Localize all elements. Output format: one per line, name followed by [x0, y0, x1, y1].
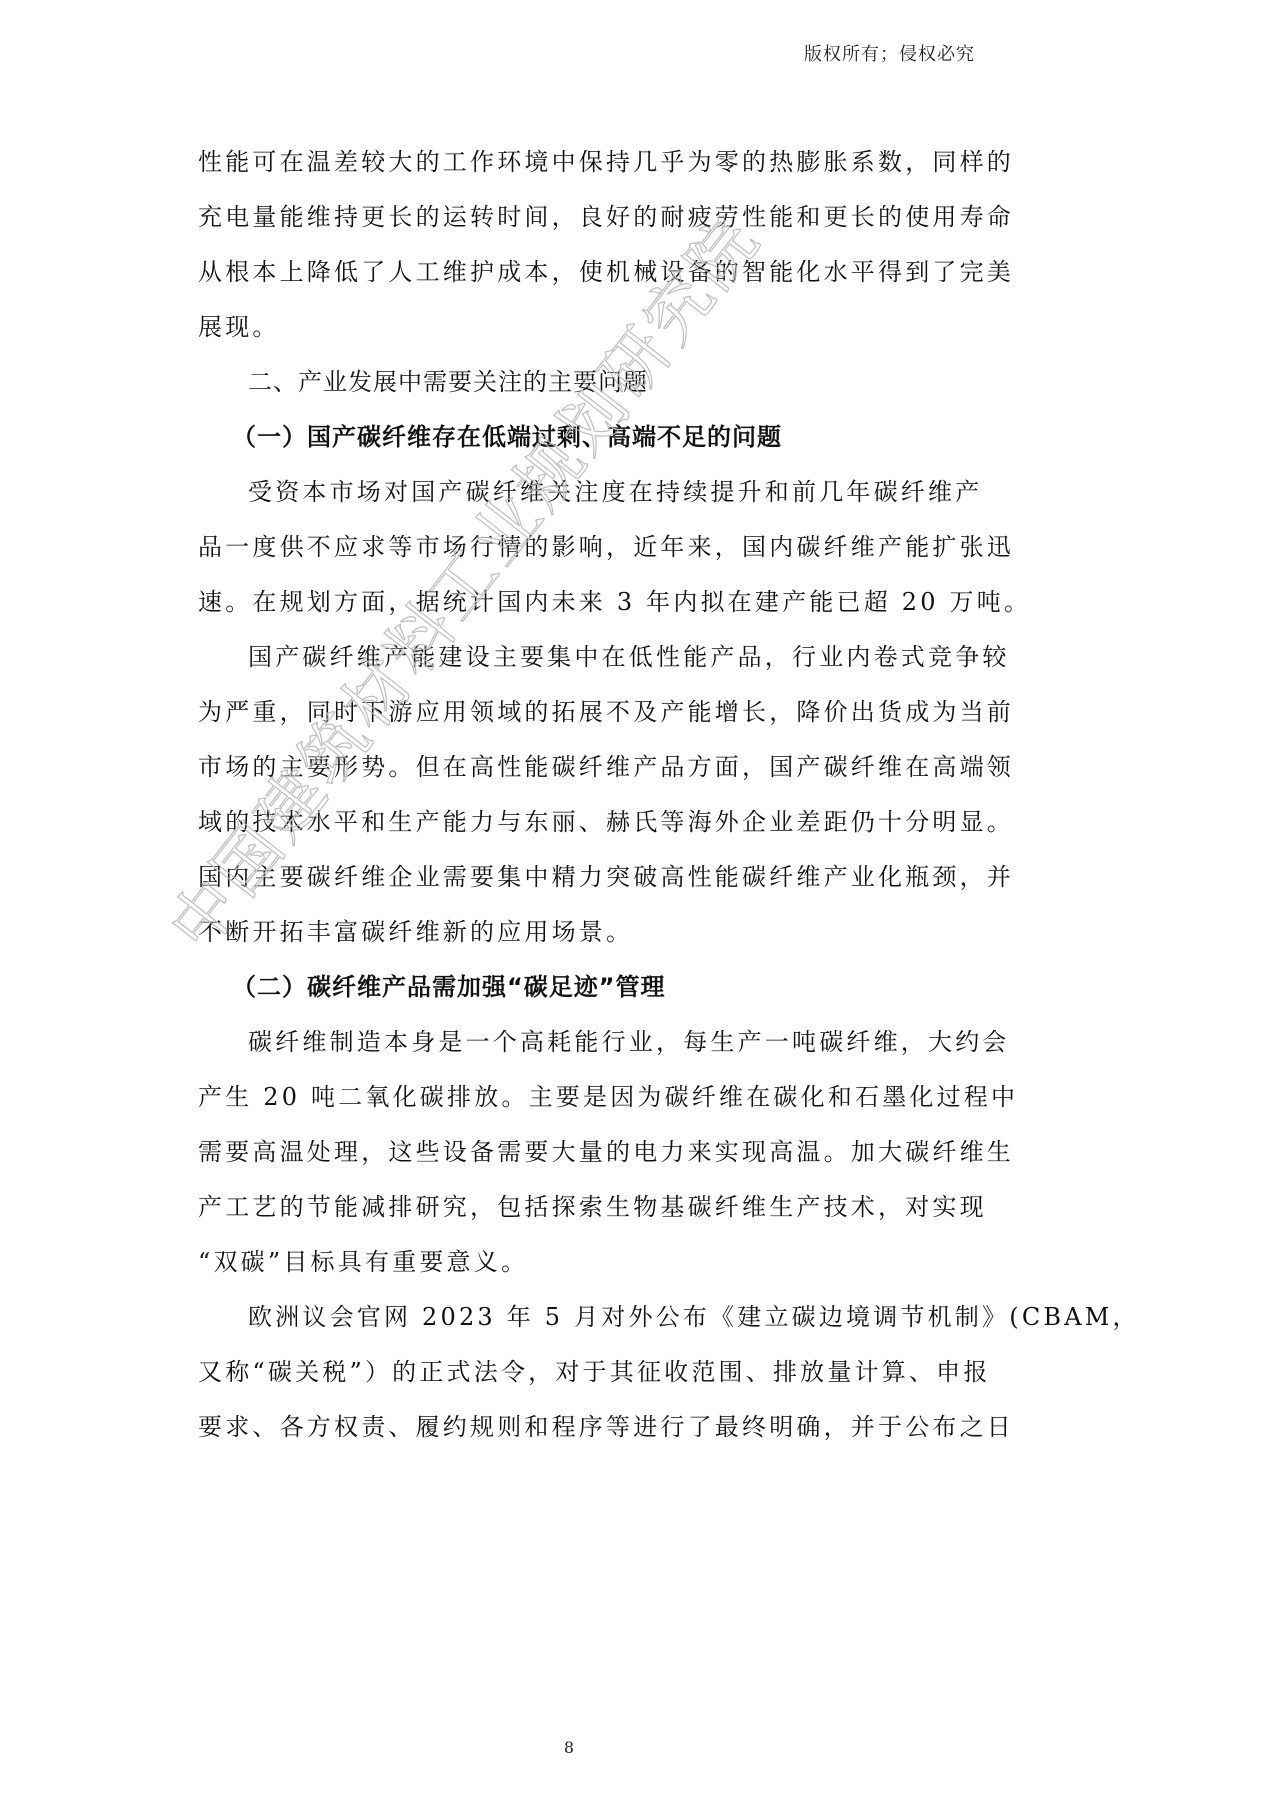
paragraph-line: 展现。: [198, 300, 940, 355]
paragraph-line: 国内主要碳纤维企业需要集中精力突破高性能碳纤维产业化瓶颈，并: [198, 850, 940, 905]
paragraph-line: 要求、各方权责、履约规则和程序等进行了最终明确，并于公布之日: [198, 1400, 940, 1455]
paragraph-line: 速。在规划方面，据统计国内未来 3 年内拟在建产能已超 20 万吨。: [198, 575, 940, 630]
paragraph-line: 从根本上降低了人工维护成本，使机械设备的智能化水平得到了完美: [198, 245, 940, 300]
paragraph-line: “双碳”目标具有重要意义。: [198, 1235, 940, 1290]
section-heading: 二、产业发展中需要关注的主要问题: [198, 355, 940, 410]
copyright-header: 版权所有；侵权必究: [804, 40, 975, 66]
paragraph-line: 域的技术水平和生产能力与东丽、赫氏等海外企业差距仍十分明显。: [198, 795, 940, 850]
paragraph-line: 性能可在温差较大的工作环境中保持几乎为零的热膨胀系数，同样的: [198, 135, 940, 190]
paragraph-line: 不断开拓丰富碳纤维新的应用场景。: [198, 905, 940, 960]
subsection-heading: （二）碳纤维产品需加强“碳足迹”管理: [198, 960, 940, 1015]
document-page: 版权所有；侵权必究 性能可在温差较大的工作环境中保持几乎为零的热膨胀系数，同样的…: [0, 0, 1280, 1810]
paragraph-line: 国产碳纤维产能建设主要集中在低性能产品，行业内卷式竞争较: [198, 630, 940, 685]
paragraph-line: 受资本市场对国产碳纤维关注度在持续提升和前几年碳纤维产: [198, 465, 940, 520]
paragraph-line: 品一度供不应求等市场行情的影响，近年来，国内碳纤维产能扩张迅: [198, 520, 940, 575]
body-text: 性能可在温差较大的工作环境中保持几乎为零的热膨胀系数，同样的 充电量能维持更长的…: [198, 135, 940, 1455]
paragraph-line: 市场的主要形势。但在高性能碳纤维产品方面，国产碳纤维在高端领: [198, 740, 940, 795]
paragraph-line: 产生 20 吨二氧化碳排放。主要是因为碳纤维在碳化和石墨化过程中: [198, 1070, 940, 1125]
paragraph-line: 又称“碳关税”）的正式法令，对于其征收范围、排放量计算、申报: [198, 1345, 940, 1400]
paragraph-line: 碳纤维制造本身是一个高耗能行业，每生产一吨碳纤维，大约会: [198, 1015, 940, 1070]
paragraph-line: 需要高温处理，这些设备需要大量的电力来实现高温。加大碳纤维生: [198, 1125, 940, 1180]
paragraph-line: 欧洲议会官网 2023 年 5 月对外公布《建立碳边境调节机制》(CBAM，: [198, 1290, 940, 1345]
paragraph-line: 产工艺的节能减排研究，包括探索生物基碳纤维生产技术，对实现: [198, 1180, 940, 1235]
paragraph-line: 充电量能维持更长的运转时间，良好的耐疲劳性能和更长的使用寿命: [198, 190, 940, 245]
page-number: 8: [0, 1738, 1138, 1757]
subsection-heading: （一）国产碳纤维存在低端过剩、高端不足的问题: [198, 410, 940, 465]
paragraph-line: 为严重，同时下游应用领域的拓展不及产能增长，降价出货成为当前: [198, 685, 940, 740]
